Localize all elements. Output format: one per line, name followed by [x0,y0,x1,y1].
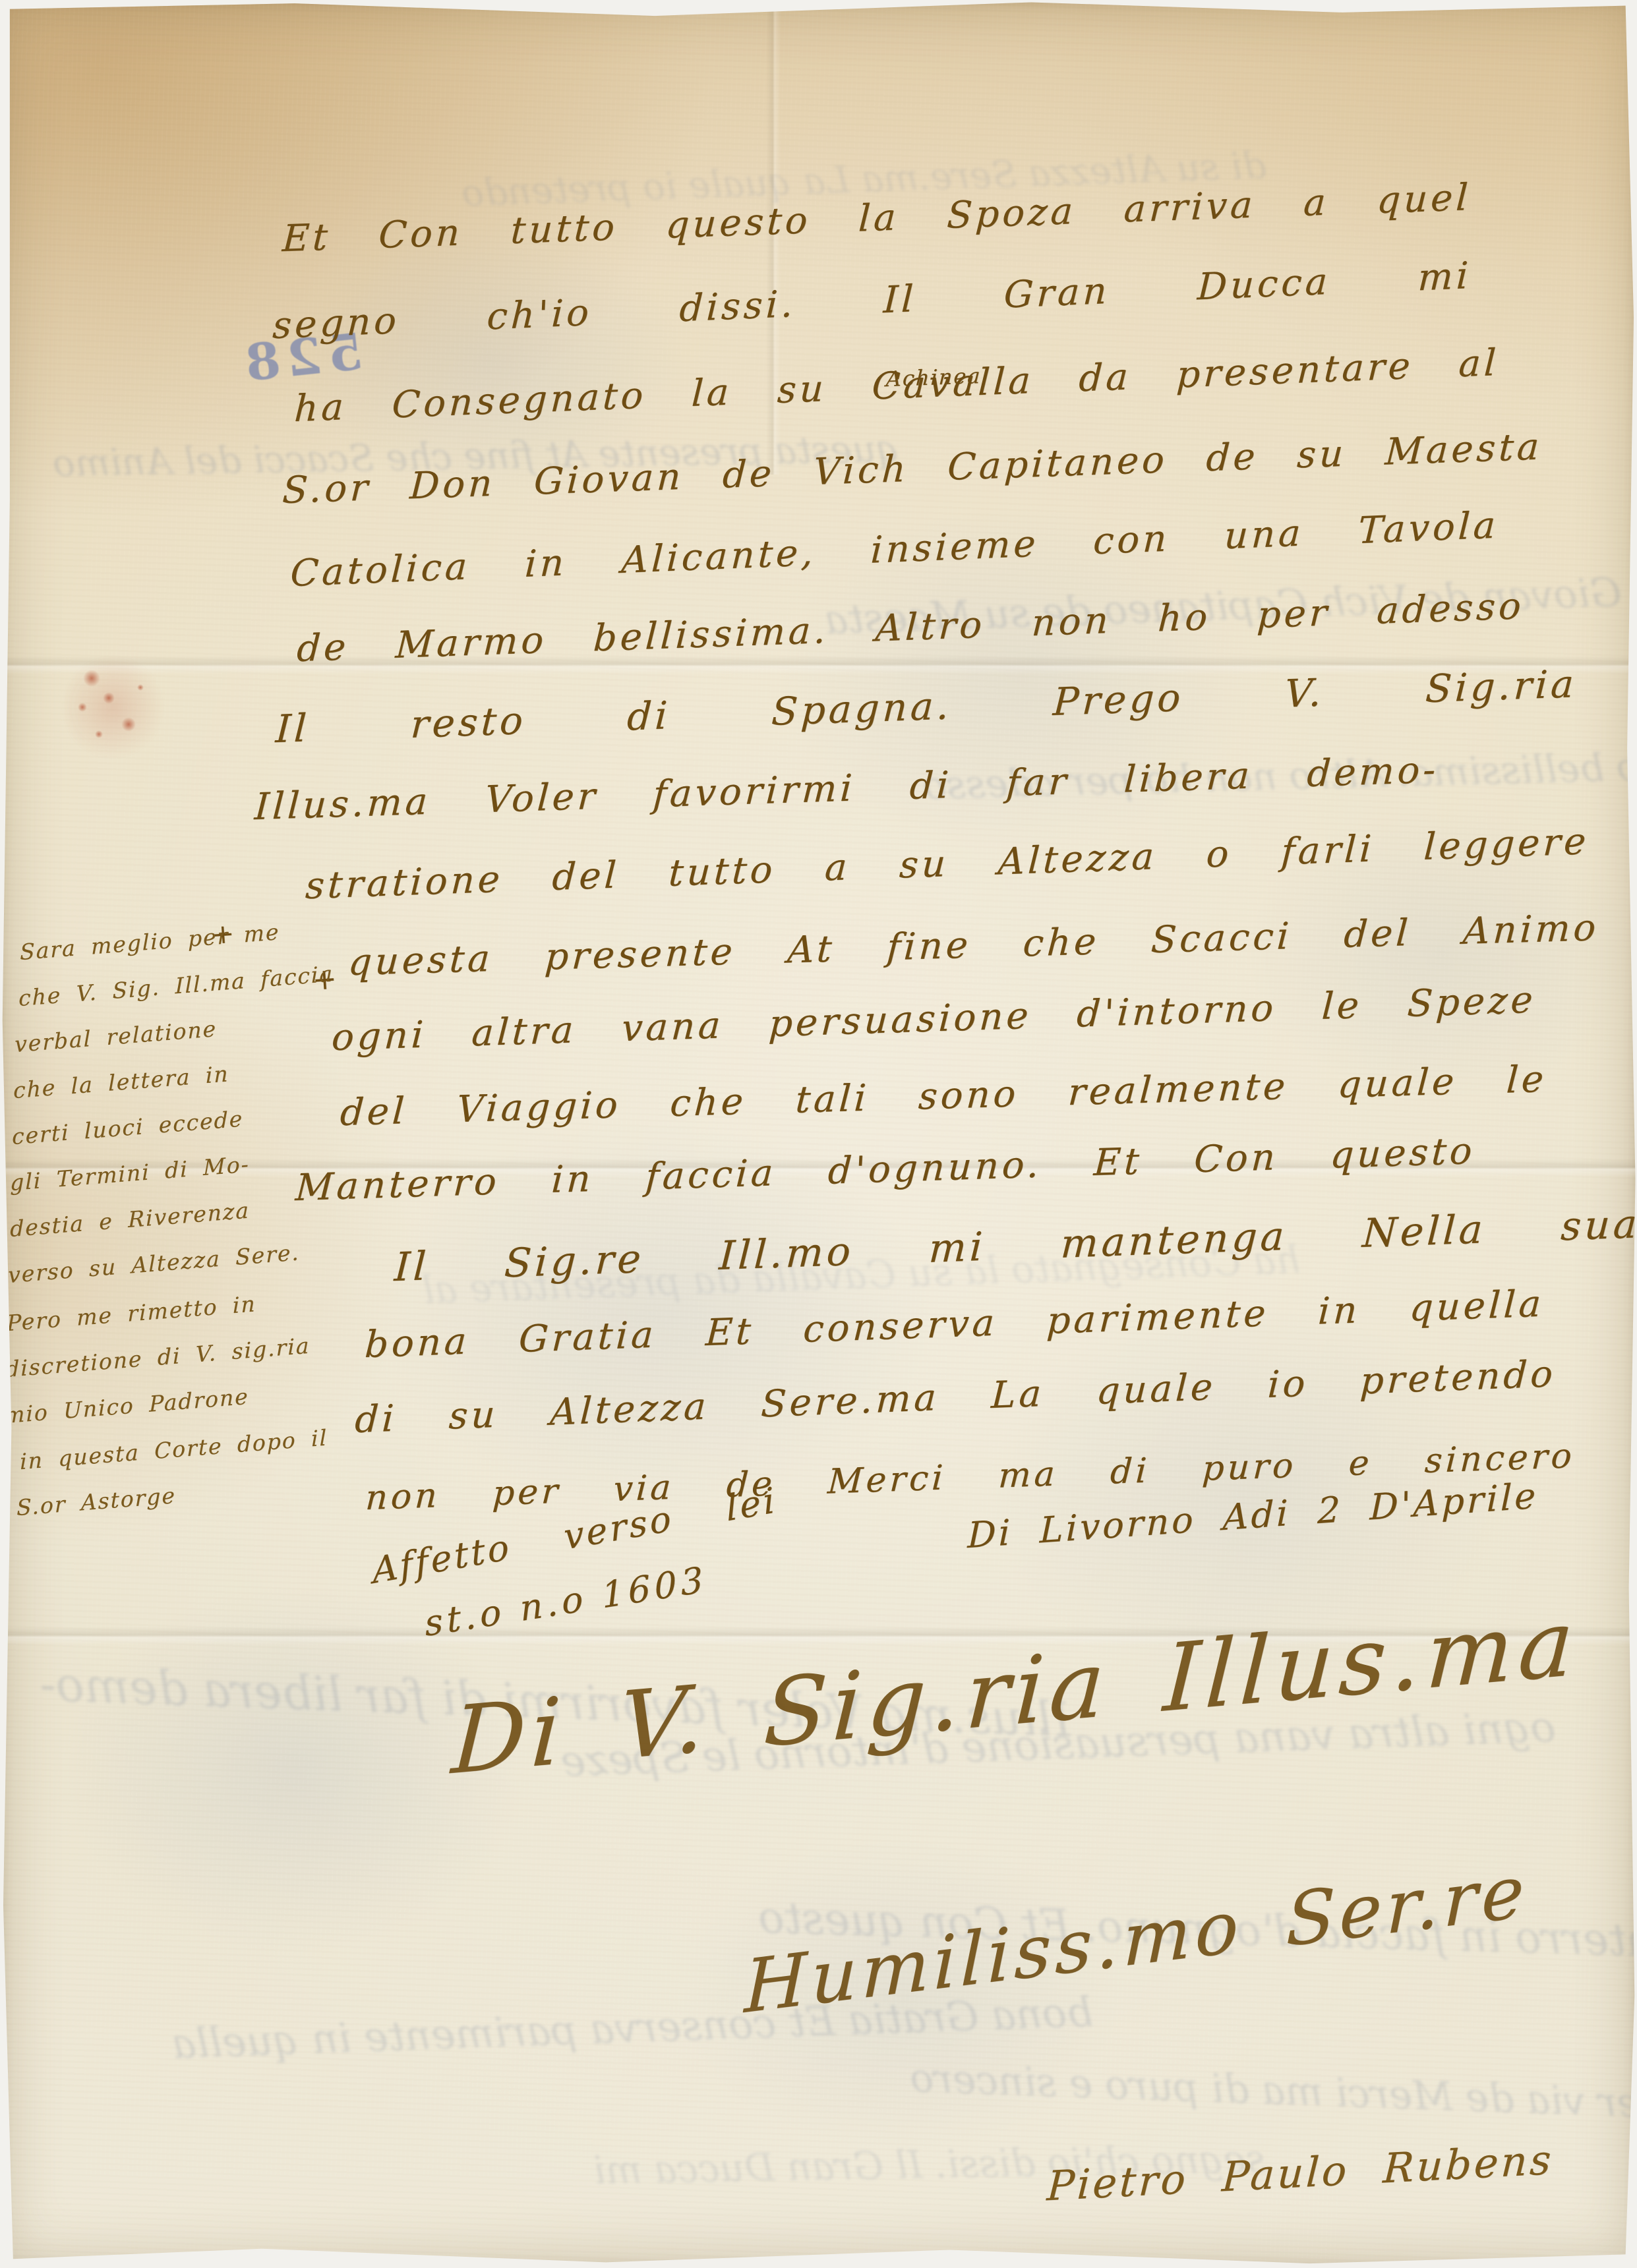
red-ink-stain [78,703,87,712]
margin-note-line: Pero me rimetto in [7,1291,256,1336]
letter-line: segno ch'io dissi. Il Gran Ducca mi [272,254,1472,347]
letter-line: stratione del tutto a su Altezza o farli… [305,820,1590,908]
letter-line: ogni altra vana persuasione d'intorno le… [330,979,1537,1060]
red-ink-stain [103,692,115,704]
letter-line: Catolica in Alicante, insieme con una Ta… [289,504,1500,595]
margin-note-line: S.or Astorge [16,1482,176,1521]
valediction-flourish-line: Di V. Sig.ria Illus.ma [449,1589,1581,1796]
letter-line: S.or Don Giovan de Vich Capitaneo de su … [282,425,1543,512]
letter-line: Et Con tutto questo la Spoza arriva a qu… [282,176,1472,260]
margin-note-line: che la lettera in [13,1061,229,1103]
margin-note-line: che V. Sig. Ill.ma faccia [18,960,334,1011]
margin-note-line: in questa Corte dopo il [20,1424,328,1474]
margin-note-line: discretione di V. sig.ria [5,1333,311,1382]
letter-line: del Viaggio che tali sono realmente qual… [339,1058,1548,1134]
red-ink-stain [83,670,100,687]
red-ink-stain [121,717,136,732]
signature-pietro-paulo-rubens: Pietro Paulo Rubens [1046,2136,1555,2211]
margin-note-line: mio Unico Padrone [4,1383,249,1428]
letter-line: di su Altezza Sere.ma La quale io preten… [354,1352,1557,1441]
show-through-ghost-text: non per via de Merci ma di puro e sincer… [909,2055,1637,2131]
letter-line: bona Gratia Et conserva parimente in que… [364,1283,1545,1367]
margin-note-line: verbal relatione [15,1016,217,1057]
letter-line: Illus.ma Voler favorirmi di far libera d… [253,749,1440,829]
letter-line: Manterro in faccia d'ognuno. Et Con ques… [294,1130,1476,1209]
valediction-servant-line: Humiliss.mo Ser.re [744,1848,1529,2029]
letter-line: Il resto di Spagna. Prego V. Sig.ria [274,661,1578,751]
letter-line: de Marmo bellissima. Altro non ho per ad… [296,585,1526,670]
margin-note-line: verso su Altezza Sere. [8,1239,300,1288]
letter-line: Il Sig.re Ill.mo mi mantenga Nella sua [393,1201,1637,1291]
margin-note-line: destia e Riverenza [10,1197,250,1242]
margin-note-line: certi luoci eccede [12,1105,243,1149]
red-ink-stain [137,684,144,691]
red-ink-stain [63,651,162,763]
margin-note-line: gli Termini di Mo- [10,1151,250,1196]
letter-line: questa presente At fine che Scacci del A… [347,906,1600,984]
red-ink-stain [95,730,103,738]
letter-scan-page: 528 di su Altezza Sere.ma La quale io pr… [0,0,1637,2268]
margin-note-line: Sara meglio per me [20,919,280,965]
letter-line: ha Consegnato la su Cavalla da presentar… [293,341,1501,430]
